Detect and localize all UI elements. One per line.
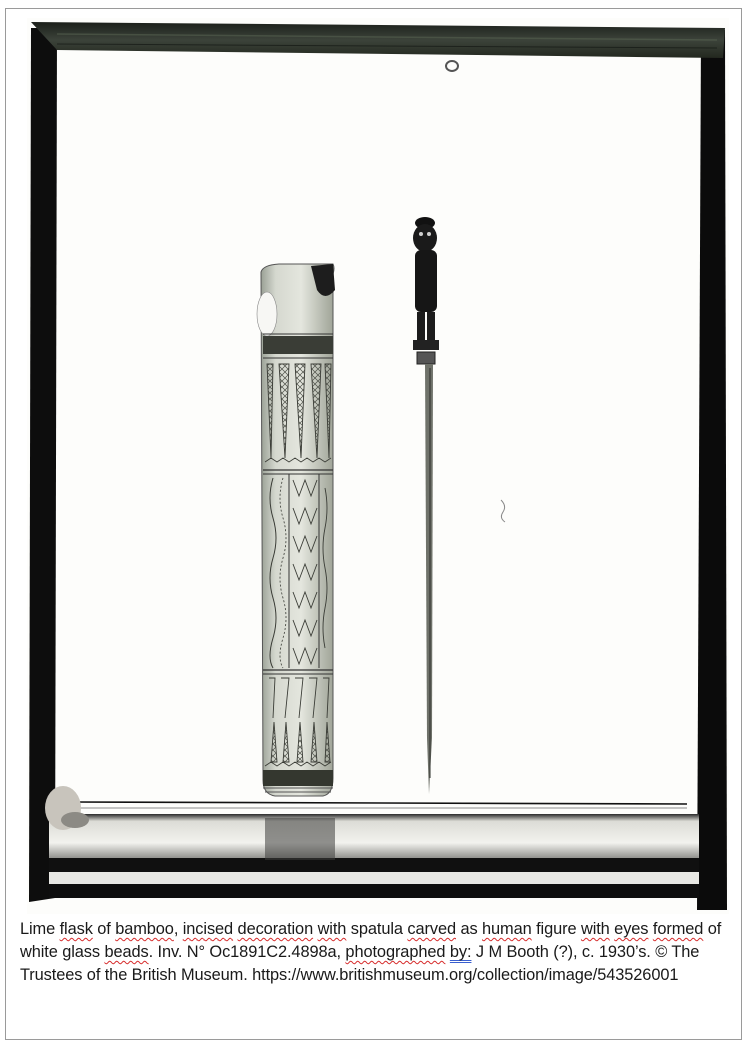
spelling-error-word: formed [653,920,703,938]
caption-text: spatula [346,920,407,938]
caption-text: figure [532,920,581,938]
frame-left [29,28,57,902]
caption-text: as [456,920,482,938]
spelling-error-word: decoration [238,920,314,938]
grammar-suggestion-word: by: [450,943,472,961]
spelling-error-word: with [318,920,347,938]
lime-flask [257,264,335,796]
spelling-error-word: incised [183,920,233,938]
frame-right [697,30,727,910]
spelling-error-word: photographed [345,943,445,961]
caption-text: Lime [20,920,60,938]
spelling-error-word: beads [104,943,148,961]
photo-caption: Lime flask of bamboo, incised decoration… [20,918,735,987]
spelling-error-word: eyes [614,920,648,938]
spelling-error-word: flask [60,920,93,938]
caption-text: , [174,920,183,938]
spelling-error-word: carved [407,920,456,938]
spelling-error-word: bamboo [115,920,174,938]
caption-text: . Inv. N° Oc1891C2.4898a, [149,943,346,961]
archival-photograph [27,18,729,914]
spelling-error-word: human [482,920,532,938]
spelling-error-word: with [581,920,610,938]
caption-text: of [93,920,115,938]
